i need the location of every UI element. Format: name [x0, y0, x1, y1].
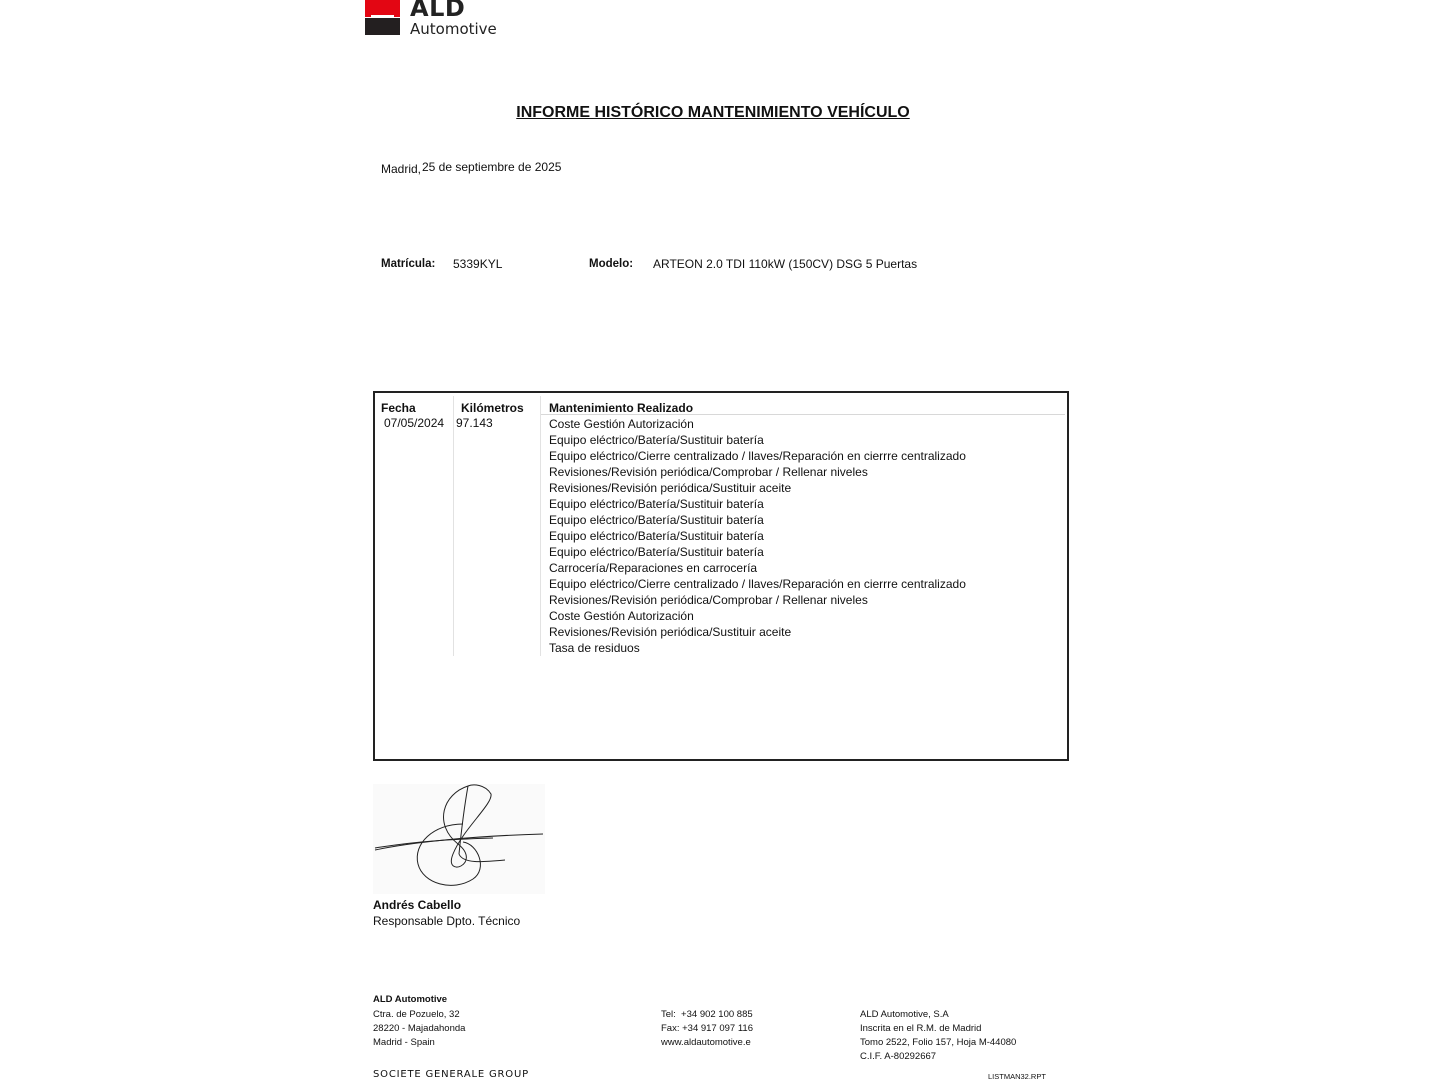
row-fecha: 07/05/2024	[384, 416, 444, 430]
model-label: Modelo:	[589, 258, 633, 270]
plate-label: Matrícula:	[381, 258, 435, 270]
header-kilometros: Kilómetros	[461, 401, 524, 415]
footer-company: ALD Automotive	[373, 993, 447, 1007]
footer-tel: Tel: +34 902 100 885	[661, 1008, 753, 1022]
date-city: Madrid,	[381, 162, 421, 176]
footer-contact: Tel: +34 902 100 885 Fax: +34 917 097 11…	[661, 1008, 753, 1050]
footer-address: Ctra. de Pozuelo, 32 28220 - Majadahonda…	[373, 1008, 465, 1050]
maintenance-item: Equipo eléctrico/Cierre centralizado / l…	[549, 448, 966, 464]
signature-image	[373, 784, 545, 894]
logo-text-ald: ALD	[410, 0, 465, 22]
maintenance-item: Carrocería/Reparaciones en carrocería	[549, 560, 966, 576]
report-title: INFORME HISTÓRICO MANTENIMIENTO VEHÍCULO	[0, 104, 1426, 122]
group-name: SOCIETE GENERALE GROUP	[373, 1069, 529, 1080]
row-km: 97.143	[456, 416, 493, 430]
model-value: ARTEON 2.0 TDI 110kW (150CV) DSG 5 Puert…	[653, 257, 917, 271]
footer-website[interactable]: www.aldautomotive.e	[661, 1036, 753, 1050]
header-fecha: Fecha	[381, 401, 416, 415]
footer-fax: Fax: +34 917 097 116	[661, 1022, 753, 1036]
report-code: LISTMAN32.RPT	[988, 1072, 1046, 1080]
maintenance-item: Coste Gestión Autorización	[549, 608, 966, 624]
maintenance-item: Equipo eléctrico/Cierre centralizado / l…	[549, 576, 966, 592]
logo-text-automotive: Automotive	[410, 20, 497, 38]
ald-logo-mark	[365, 0, 400, 35]
signer-name: Andrés Cabello	[373, 898, 461, 912]
plate-value: 5339KYL	[453, 257, 502, 271]
maintenance-item: Equipo eléctrico/Batería/Sustituir bater…	[549, 432, 966, 448]
maintenance-item: Equipo eléctrico/Batería/Sustituir bater…	[549, 496, 966, 512]
maintenance-item: Revisiones/Revisión periódica/Comprobar …	[549, 592, 966, 608]
maintenance-items: Coste Gestión AutorizaciónEquipo eléctri…	[549, 416, 966, 656]
maintenance-item: Revisiones/Revisión periódica/Sustituir …	[549, 624, 966, 640]
maintenance-item: Coste Gestión Autorización	[549, 416, 966, 432]
maintenance-item: Tasa de residuos	[549, 640, 966, 656]
maintenance-item: Revisiones/Revisión periódica/Sustituir …	[549, 480, 966, 496]
header-mantenimiento: Mantenimiento Realizado	[549, 401, 693, 415]
footer-legal: ALD Automotive, S.A Inscrita en el R.M. …	[860, 1008, 1016, 1064]
maintenance-item: Equipo eléctrico/Batería/Sustituir bater…	[549, 512, 966, 528]
maintenance-item: Equipo eléctrico/Batería/Sustituir bater…	[549, 528, 966, 544]
maintenance-item: Equipo eléctrico/Batería/Sustituir bater…	[549, 544, 966, 560]
maintenance-item: Revisiones/Revisión periódica/Comprobar …	[549, 464, 966, 480]
column-divider	[540, 396, 541, 656]
report-date: 25 de septiembre de 2025	[422, 160, 561, 174]
signer-role: Responsable Dpto. Técnico	[373, 914, 520, 928]
column-divider	[453, 396, 454, 656]
